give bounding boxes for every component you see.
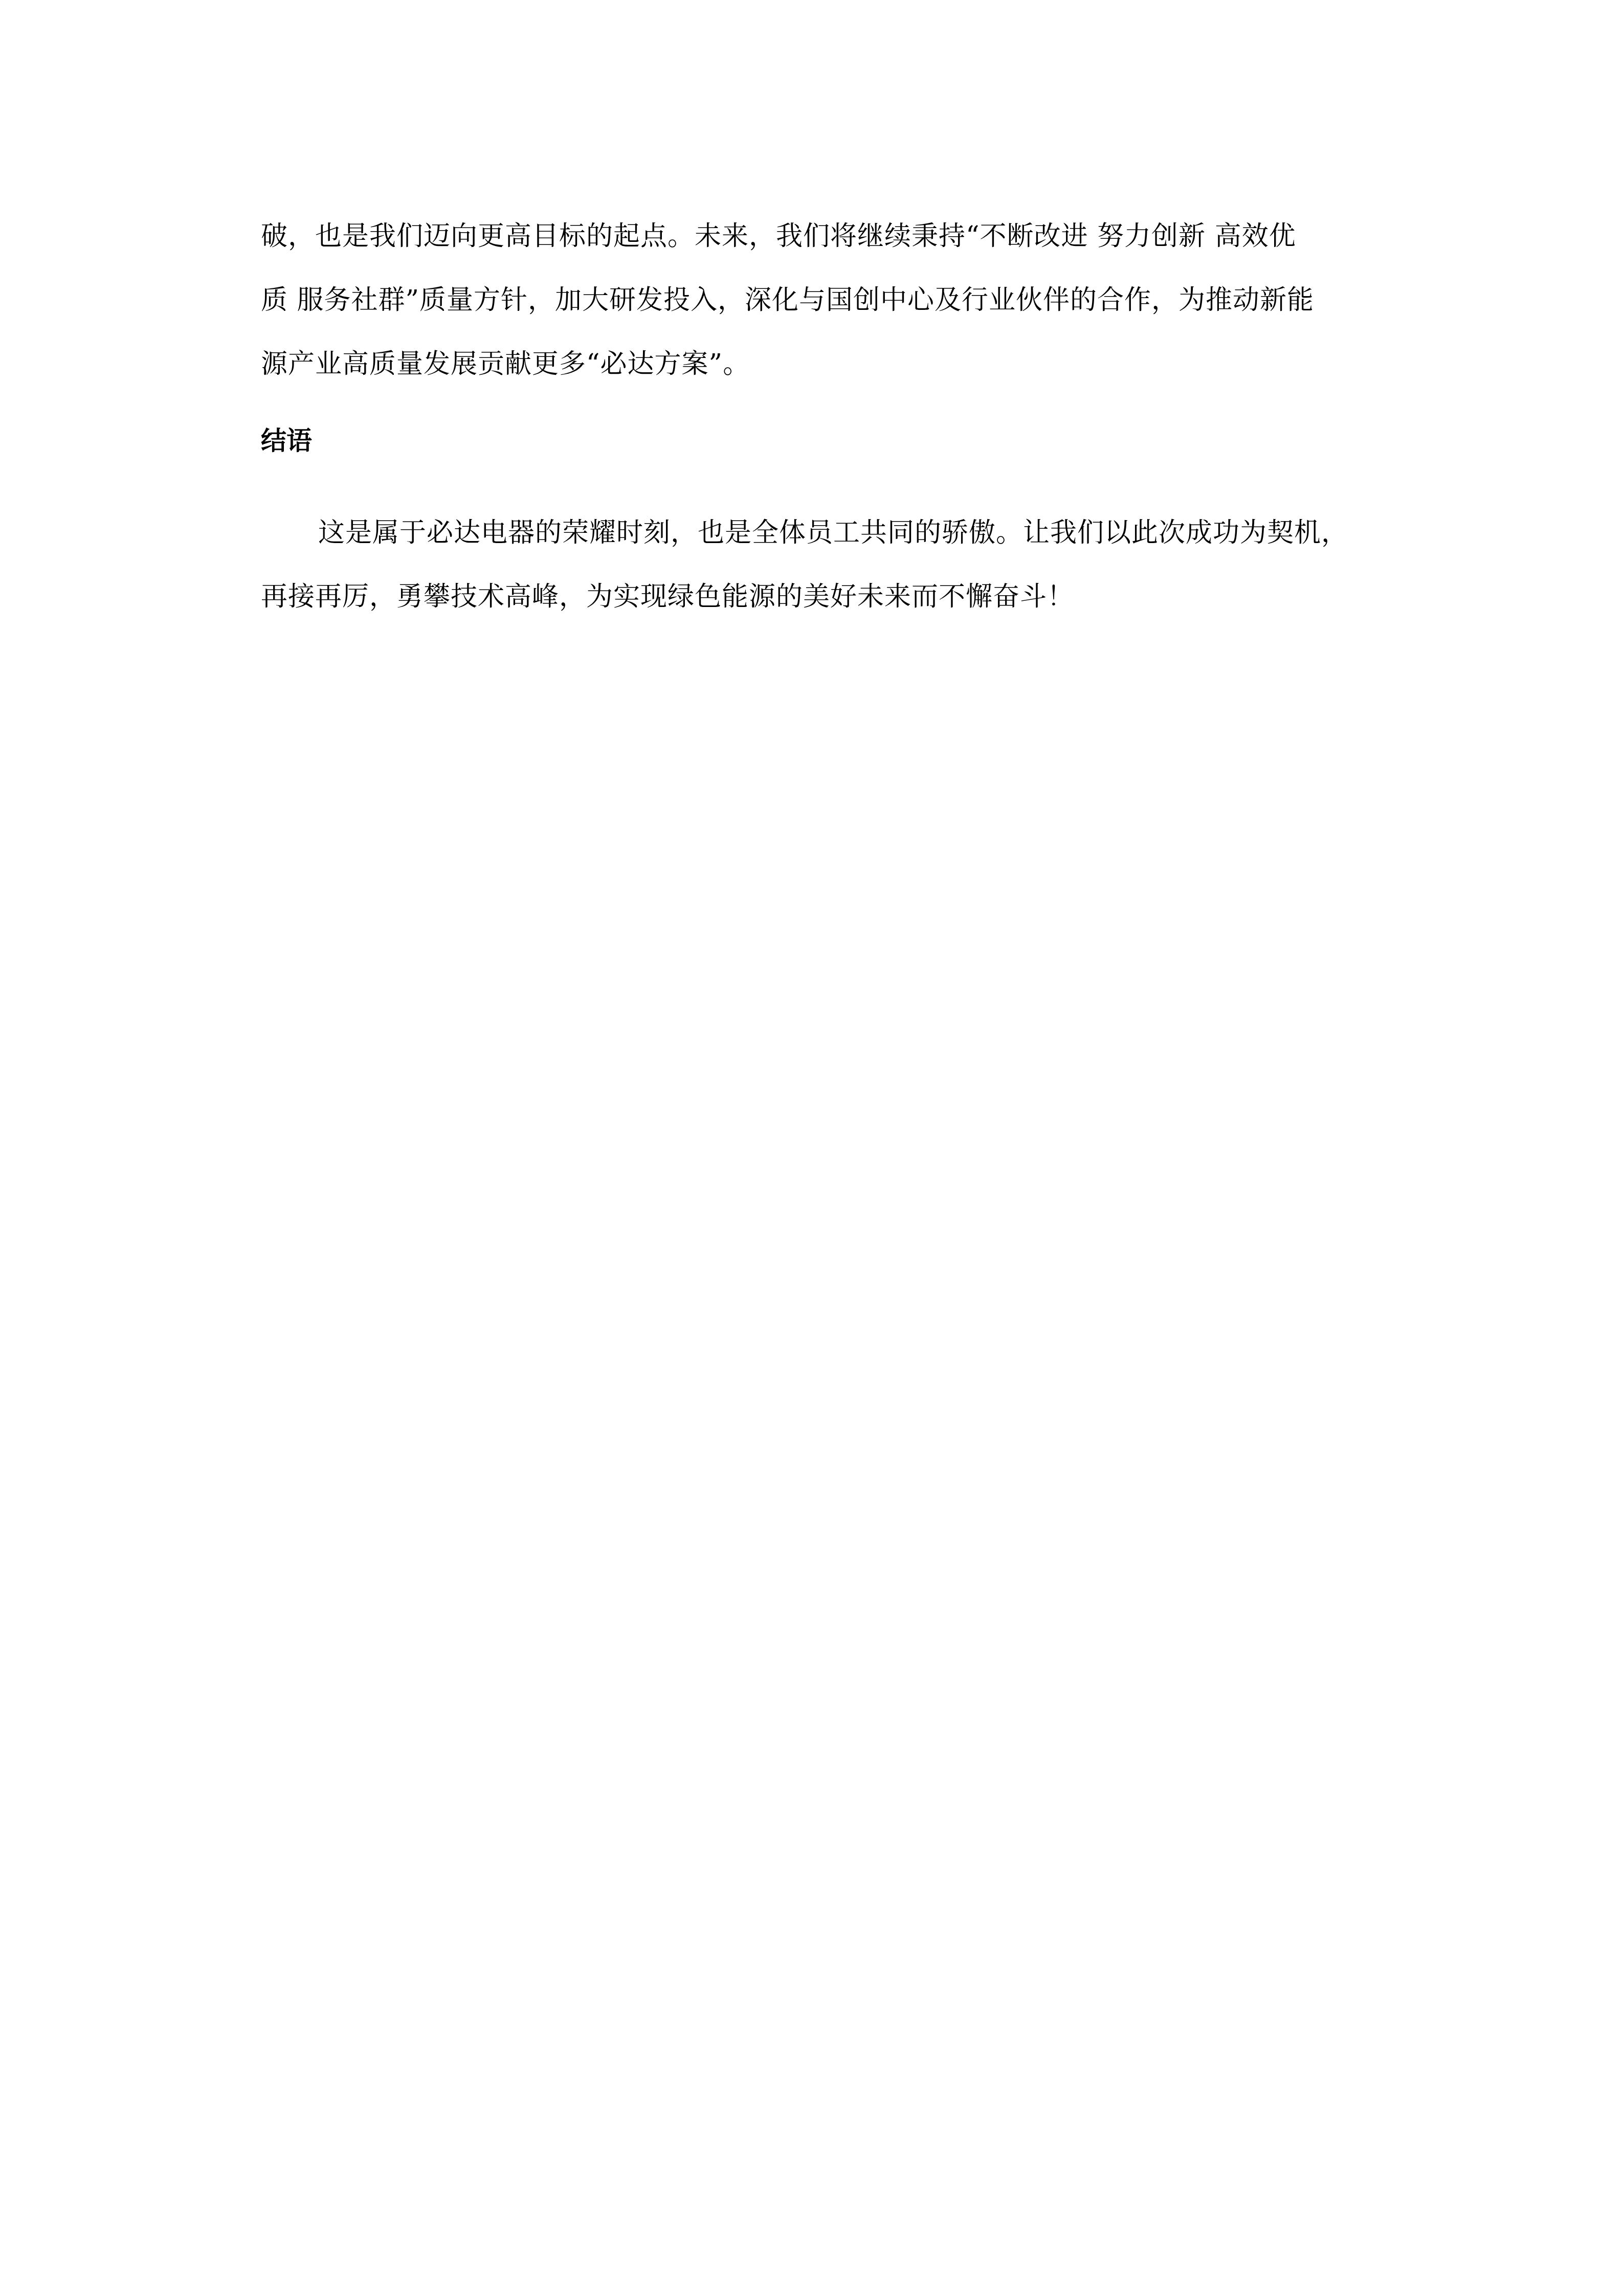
document-page: 破，也是我们迈向更高目标的起点。未来，我们将继续秉持“不断改进 努力创新 高效优… xyxy=(0,0,1624,2296)
document-body: 破，也是我们迈向更高目标的起点。未来，我们将继续秉持“不断改进 努力创新 高效优… xyxy=(261,205,1395,396)
paragraph-line: 这是属于必达电器的荣耀时刻，也是全体员工共同的骄傲。让我们以此次成功为契机， xyxy=(261,501,1395,565)
paragraph-line: 破，也是我们迈向更高目标的起点。未来，我们将继续秉持“不断改进 努力创新 高效优 xyxy=(261,205,1395,268)
section-heading-conclusion: 结语 xyxy=(261,425,312,456)
paragraph-line: 源产业高质量发展贡献更多“必达方案”。 xyxy=(261,332,1395,396)
paragraph-continued: 破，也是我们迈向更高目标的起点。未来，我们将继续秉持“不断改进 努力创新 高效优… xyxy=(261,205,1395,396)
paragraph-line: 再接再厉，勇攀技术高峰，为实现绿色能源的美好未来而不懈奋斗！ xyxy=(261,565,1395,629)
paragraph-line: 质 服务社群”质量方针，加大研发投入，深化与国创中心及行业伙伴的合作，为推动新能 xyxy=(261,268,1395,332)
closing-paragraph: 这是属于必达电器的荣耀时刻，也是全体员工共同的骄傲。让我们以此次成功为契机， 再… xyxy=(261,501,1395,629)
